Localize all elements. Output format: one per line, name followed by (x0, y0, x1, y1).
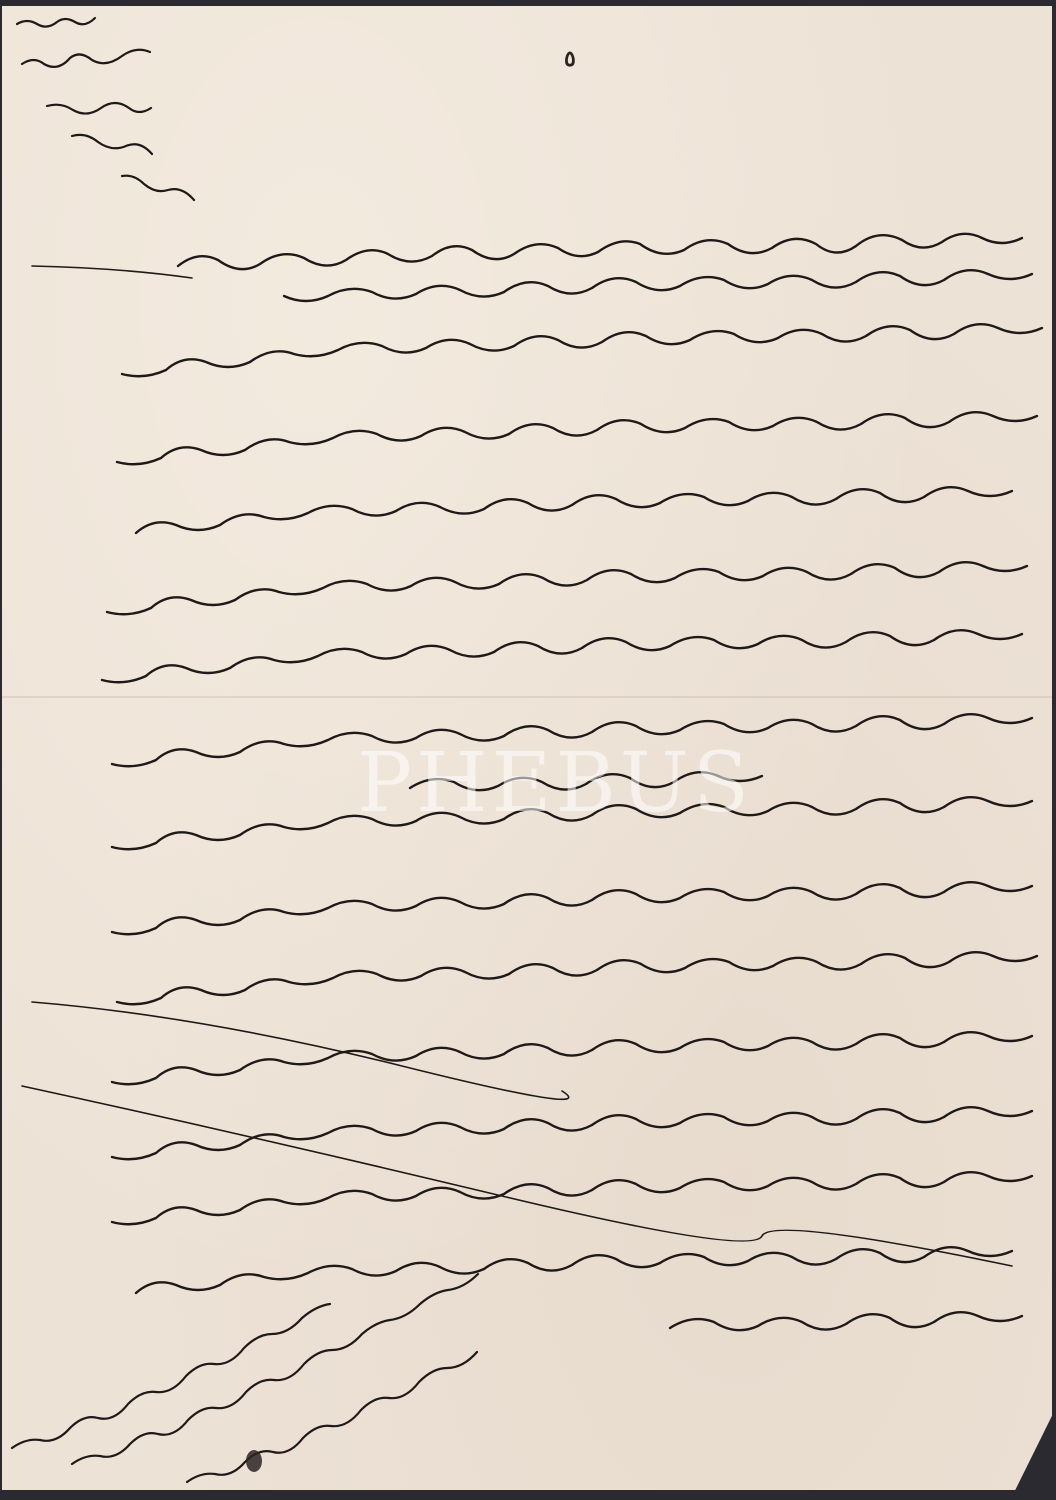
watermark: PHEBUS (357, 736, 753, 831)
ink-blot (246, 1450, 262, 1472)
marginal-note-bottom-left (12, 1274, 478, 1482)
marginal-note-top-left (17, 18, 194, 200)
manuscript-page: ٥ (2, 6, 1052, 1490)
